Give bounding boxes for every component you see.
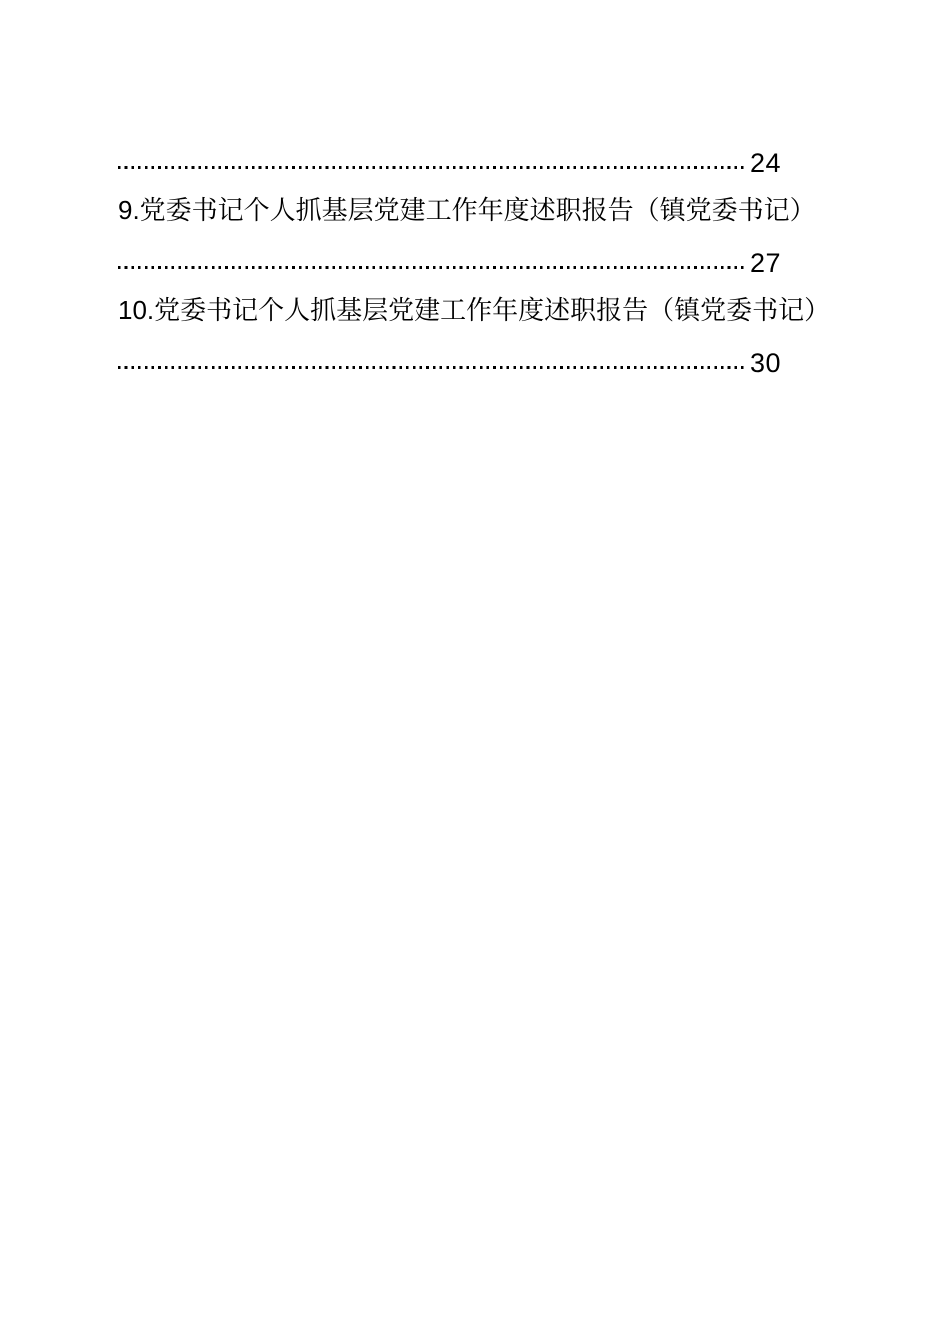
toc-entry-title[interactable]: 10.党委书记个人抓基层党建工作年度述职报告（镇党委书记） <box>118 293 832 327</box>
toc-page-number[interactable]: 30 <box>750 349 781 377</box>
toc-leader-row[interactable]: 27 <box>118 249 781 283</box>
toc-dot-leader <box>118 366 746 369</box>
toc-page-number[interactable]: 27 <box>750 249 781 277</box>
toc-leader-row[interactable]: 24 <box>118 149 781 183</box>
toc-page-number[interactable]: 24 <box>750 149 781 177</box>
toc-leader-row[interactable]: 30 <box>118 349 781 383</box>
toc-dot-leader <box>118 266 746 269</box>
toc-entry-title[interactable]: 9.党委书记个人抓基层党建工作年度述职报告（镇党委书记） <box>118 193 832 227</box>
document-page: 24 9.党委书记个人抓基层党建工作年度述职报告（镇党委书记） 27 10.党委… <box>0 0 950 1344</box>
toc-dot-leader <box>118 166 746 169</box>
